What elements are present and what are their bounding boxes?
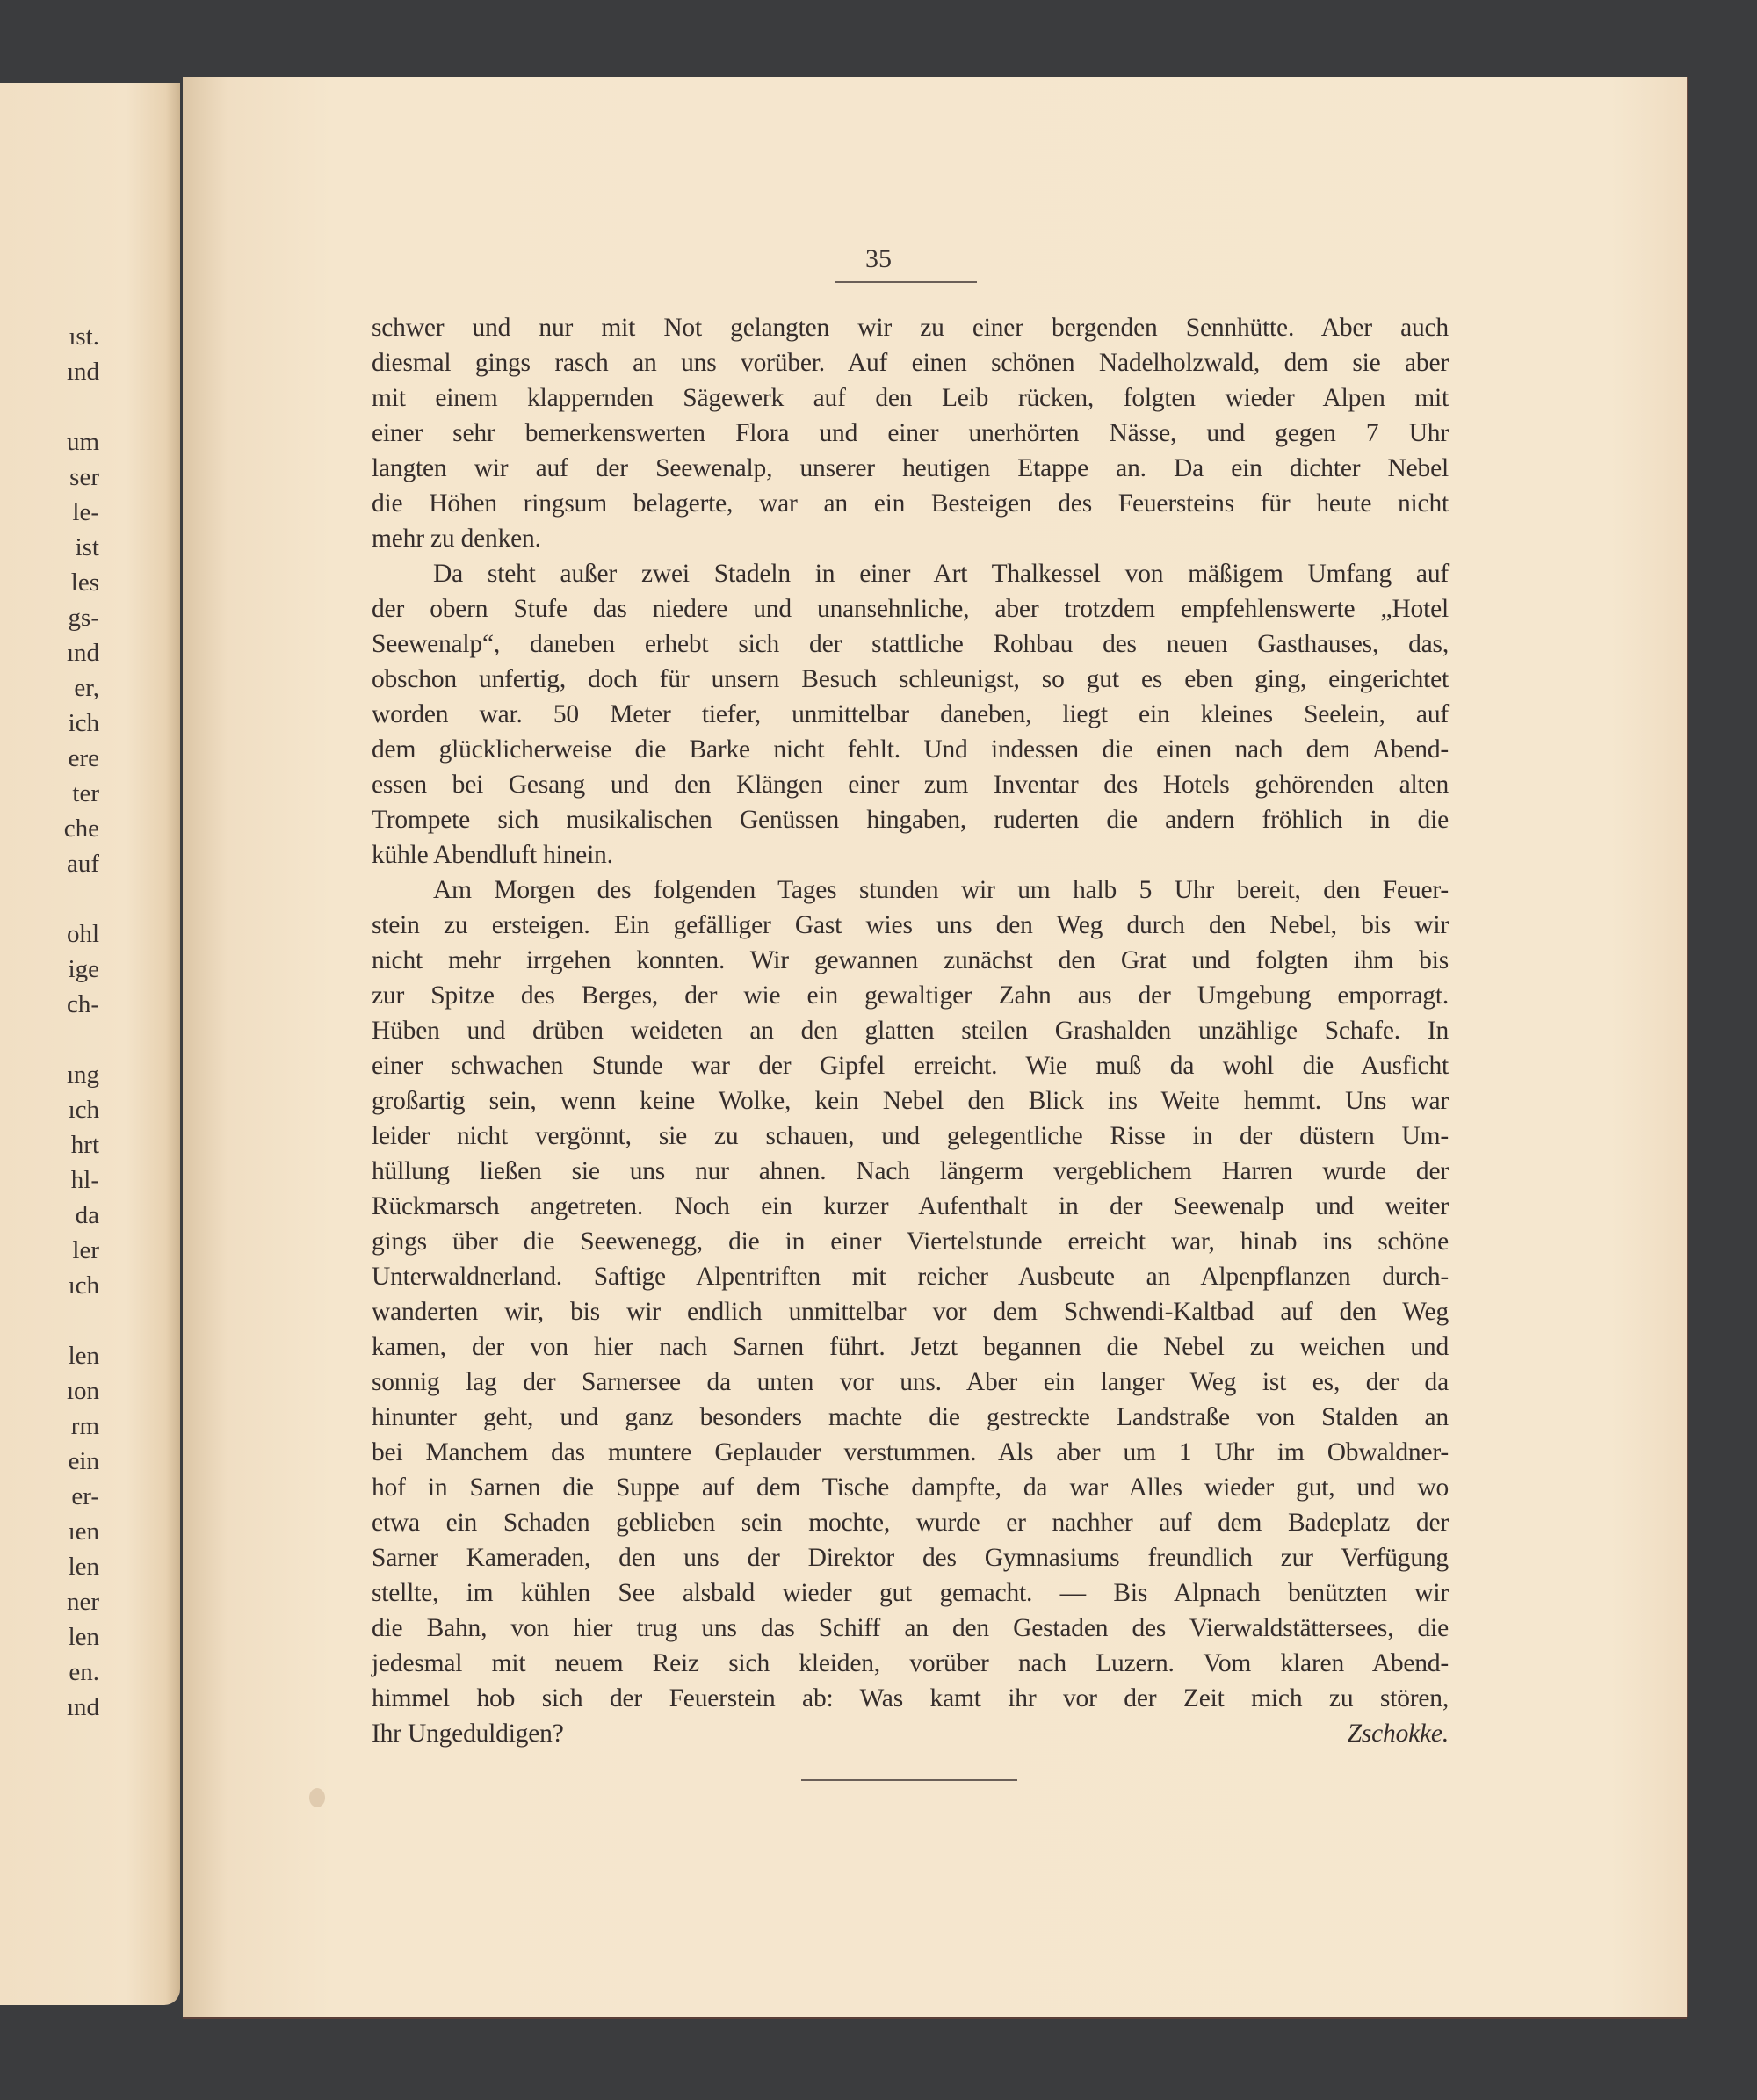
text-line: kühle Abendluft hinein. [372,837,1449,873]
left-page-fragment: da [0,1198,99,1233]
header-rule [835,281,977,283]
left-page-fragment: les [0,565,99,600]
left-page-fragment: auf [0,846,99,881]
closing-text: Ihr Ungeduldigen? [372,1716,564,1751]
text-line: kamen, der von hier nach Sarnen führt. J… [372,1329,1449,1365]
text-line: hinunter geht, und ganz besonders machte… [372,1400,1449,1435]
left-page-fragment: ich [0,706,99,741]
left-page-fragment: ner [0,1584,99,1619]
left-page: ıst.ındumserle-istlesgs-ınder,ichereterc… [0,83,180,2005]
left-page-fragment: ohl [0,916,99,952]
author-signature: Zschokke. [1348,1716,1449,1751]
left-page-fragment: ıen [0,1514,99,1549]
left-page-fragment: ter [0,776,99,811]
left-page-fragment: ıst. [0,319,99,354]
text-line: stellte, im kühlen See alsbald wieder gu… [372,1575,1449,1611]
page-number: 35 [848,244,909,274]
left-page-fragment: len [0,1549,99,1584]
text-line: die Höhen ringsum belagerte, war an ein … [372,486,1449,521]
text-line: hof in Sarnen die Suppe auf dem Tische d… [372,1470,1449,1505]
text-line: jedesmal mit neuem Reiz sich kleiden, vo… [372,1646,1449,1681]
text-line: nicht mehr irrgehen konnten. Wir gewanne… [372,943,1449,978]
text-line: mehr zu denken. [372,521,1449,556]
text-line: großartig sein, wenn keine Wolke, kein N… [372,1083,1449,1119]
text-line: Unterwaldnerland. Saftige Alpentriften m… [372,1259,1449,1294]
text-line: hüllung ließen sie uns nur ahnen. Nach l… [372,1154,1449,1189]
left-page-fragment: ınd [0,635,99,670]
paragraph-3: Am Morgen des folgenden Tages stunden wi… [372,873,1449,1716]
left-page-fragment: gs- [0,600,99,635]
text-line: Hüben und drüben weideten an den glatten… [372,1013,1449,1048]
text-line: leider nicht vergönnt, sie zu schauen, u… [372,1119,1449,1154]
text-line: essen bei Gesang und den Klängen einer z… [372,767,1449,802]
left-page-fragment: ıon [0,1373,99,1408]
left-page-fragment: en. [0,1655,99,1690]
left-page-text-fragments: ıst.ındumserle-istlesgs-ınder,ichereterc… [0,319,99,1725]
text-line: einer sehr bemerkenswerten Flora und ein… [372,416,1449,451]
left-page-fragment: hl- [0,1162,99,1198]
text-line: Sarner Kameraden, den uns der Direktor d… [372,1540,1449,1575]
left-page-fragment: ein [0,1444,99,1479]
left-page-fragment: rm [0,1408,99,1444]
left-page-fragment: ist [0,530,99,565]
text-line: obschon unfertig, doch für unsern Besuch… [372,662,1449,697]
left-page-fragment: ige [0,952,99,987]
text-line: wanderten wir, bis wir endlich unmittelb… [372,1294,1449,1329]
text-line: zur Spitze des Berges, der wie ein gewal… [372,978,1449,1013]
text-line: Trompete sich musikalischen Genüssen hin… [372,802,1449,837]
closing-line: Ihr Ungeduldigen? Zschokke. [372,1716,1449,1751]
text-line: himmel hob sich der Feuerstein ab: Was k… [372,1681,1449,1716]
left-page-fragment: er, [0,670,99,706]
left-page-fragment: ıng [0,1057,99,1092]
text-line: diesmal gings rasch an uns vorüber. Auf … [372,345,1449,380]
left-page-fragment: che [0,811,99,846]
left-page-fragment: ınd [0,1690,99,1725]
left-page-fragment: hrt [0,1127,99,1162]
left-page-fragment: ınd [0,354,99,389]
left-page-fragment [0,1022,99,1057]
left-page-fragment: ere [0,741,99,776]
text-line: gings über die Seewenegg, die in einer V… [372,1224,1449,1259]
left-page-fragment: ıch [0,1092,99,1127]
text-line: langten wir auf der Seewenalp, unserer h… [372,451,1449,486]
left-page-fragment: ıch [0,1268,99,1303]
left-page-fragment [0,881,99,916]
left-page-fragment: er- [0,1479,99,1514]
paragraph-1: schwer und nur mit Not gelangten wir zu … [372,310,1449,556]
end-rule [801,1779,1017,1781]
body-text: schwer und nur mit Not gelangten wir zu … [372,310,1449,1751]
text-line: einer schwachen Stunde war der Gipfel er… [372,1048,1449,1083]
text-line: worden war. 50 Meter tiefer, unmittelbar… [372,697,1449,732]
text-line: schwer und nur mit Not gelangten wir zu … [372,310,1449,345]
left-page-fragment: ch- [0,987,99,1022]
text-line: Da steht außer zwei Stadeln in einer Art… [372,556,1449,591]
text-line: bei Manchem das muntere Geplauder verstu… [372,1435,1449,1470]
text-line: mit einem klappernden Sägewerk auf den L… [372,380,1449,416]
left-page-fragment: len [0,1619,99,1655]
text-line: stein zu ersteigen. Ein gefälliger Gast … [372,908,1449,943]
text-line: sonnig lag der Sarnersee da unten vor un… [372,1365,1449,1400]
paragraph-2: Da steht außer zwei Stadeln in einer Art… [372,556,1449,873]
text-line: etwa ein Schaden geblieben sein mochte, … [372,1505,1449,1540]
paper-stain [309,1788,325,1807]
left-page-fragment: ler [0,1233,99,1268]
text-line: Am Morgen des folgenden Tages stunden wi… [372,873,1449,908]
left-page-fragment: um [0,424,99,460]
left-page-fragment: ser [0,460,99,495]
text-line: die Bahn, von hier trug uns das Schiff a… [372,1611,1449,1646]
left-page-fragment [0,1303,99,1338]
left-page-fragment: len [0,1338,99,1373]
left-page-fragment [0,389,99,424]
text-line: Rückmarsch angetreten. Noch ein kurzer A… [372,1189,1449,1224]
left-page-fragment: le- [0,495,99,530]
text-line: Seewenalp“, daneben erhebt sich der stat… [372,626,1449,662]
text-line: der obern Stufe das niedere und unansehn… [372,591,1449,626]
text-line: dem glücklicherweise die Barke nicht feh… [372,732,1449,767]
